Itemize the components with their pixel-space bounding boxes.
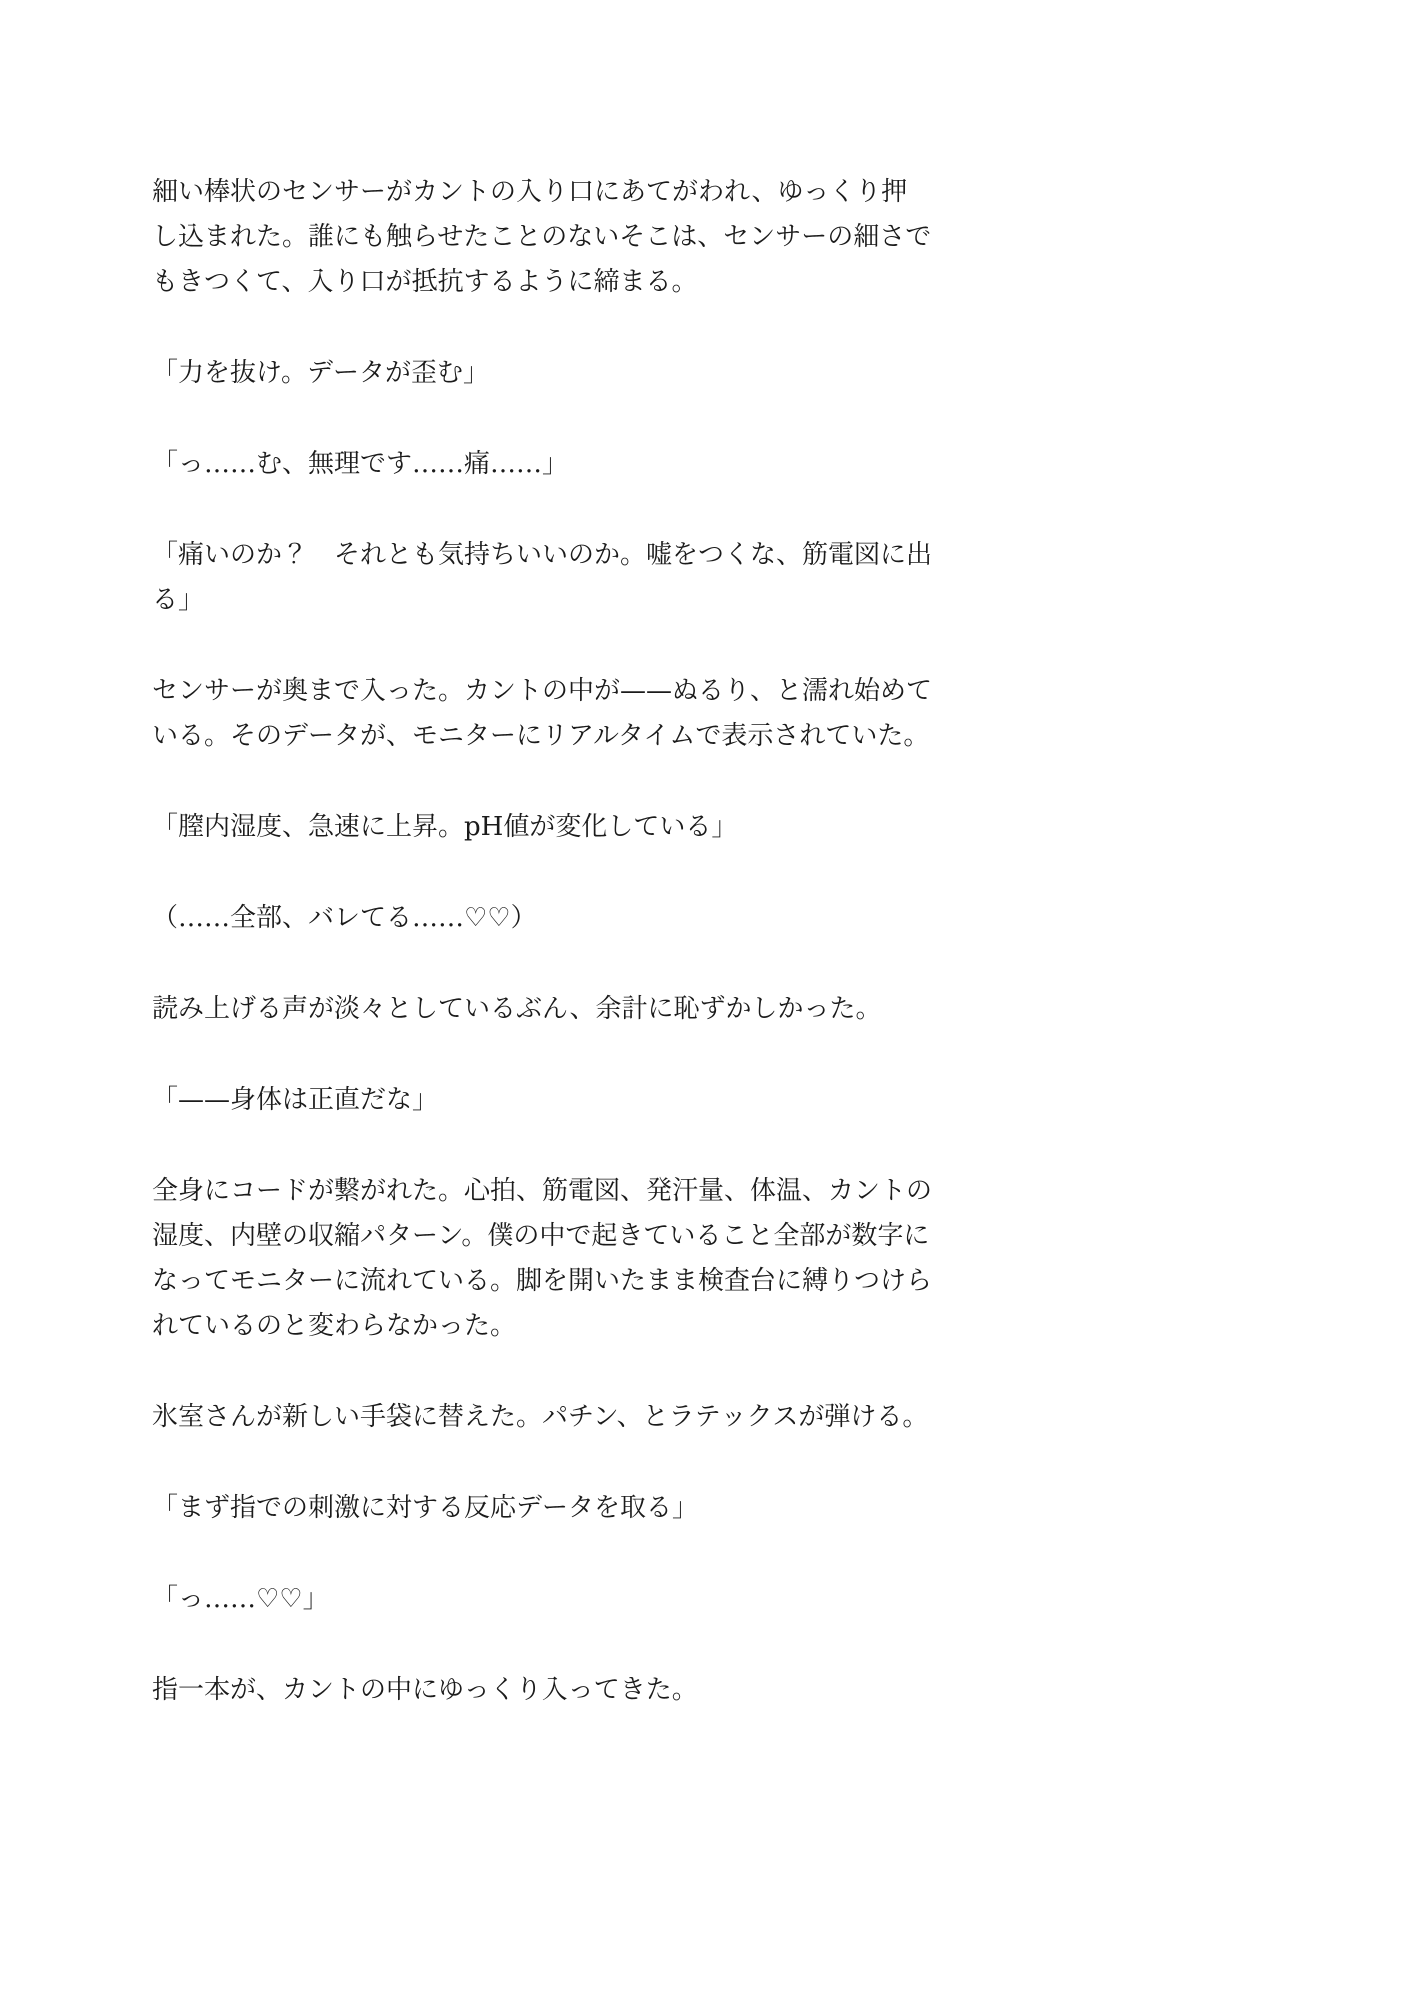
paragraph-narration-3: 読み上げる声が淡々としているぶん、余計に恥ずかしかった。	[152, 987, 932, 1032]
paragraph-narration-6: 指一本が、カントの中にゆっくり入ってきた。	[152, 1668, 932, 1713]
paragraph-dialogue-1: 「力を抜け。データが歪む」	[152, 351, 932, 396]
paragraph-thought-1: （……全部、バレてる……♡♡）	[152, 896, 932, 941]
paragraph-dialogue-6: 「まず指での刺激に対する反応データを取る」	[152, 1486, 932, 1531]
document-body: 細い棒状のセンサーがカントの入り口にあてがわれ、ゆっくり押し込まれた。誰にも触ら…	[152, 170, 932, 1713]
paragraph-narration-4: 全身にコードが繋がれた。心拍、筋電図、発汗量、体温、カントの湿度、内壁の収縮パタ…	[152, 1169, 932, 1349]
paragraph-dialogue-5: 「——身体は正直だな」	[152, 1078, 932, 1123]
paragraph-narration-2: センサーが奥まで入った。カントの中が——ぬるり、と濡れ始めている。そのデータが、…	[152, 669, 932, 759]
paragraph-dialogue-3: 「痛いのか？ それとも気持ちいいのか。嘘をつくな、筋電図に出る」	[152, 533, 932, 623]
document-page: 細い棒状のセンサーがカントの入り口にあてがわれ、ゆっくり押し込まれた。誰にも触ら…	[0, 0, 1415, 2000]
paragraph-narration-1: 細い棒状のセンサーがカントの入り口にあてがわれ、ゆっくり押し込まれた。誰にも触ら…	[152, 170, 932, 305]
paragraph-dialogue-7: 「っ……♡♡」	[152, 1577, 932, 1622]
paragraph-narration-5: 氷室さんが新しい手袋に替えた。パチン、とラテックスが弾ける。	[152, 1395, 932, 1440]
paragraph-dialogue-4: 「膣内湿度、急速に上昇。pH値が変化している」	[152, 805, 932, 850]
paragraph-dialogue-2: 「っ……む、無理です……痛……」	[152, 442, 932, 487]
